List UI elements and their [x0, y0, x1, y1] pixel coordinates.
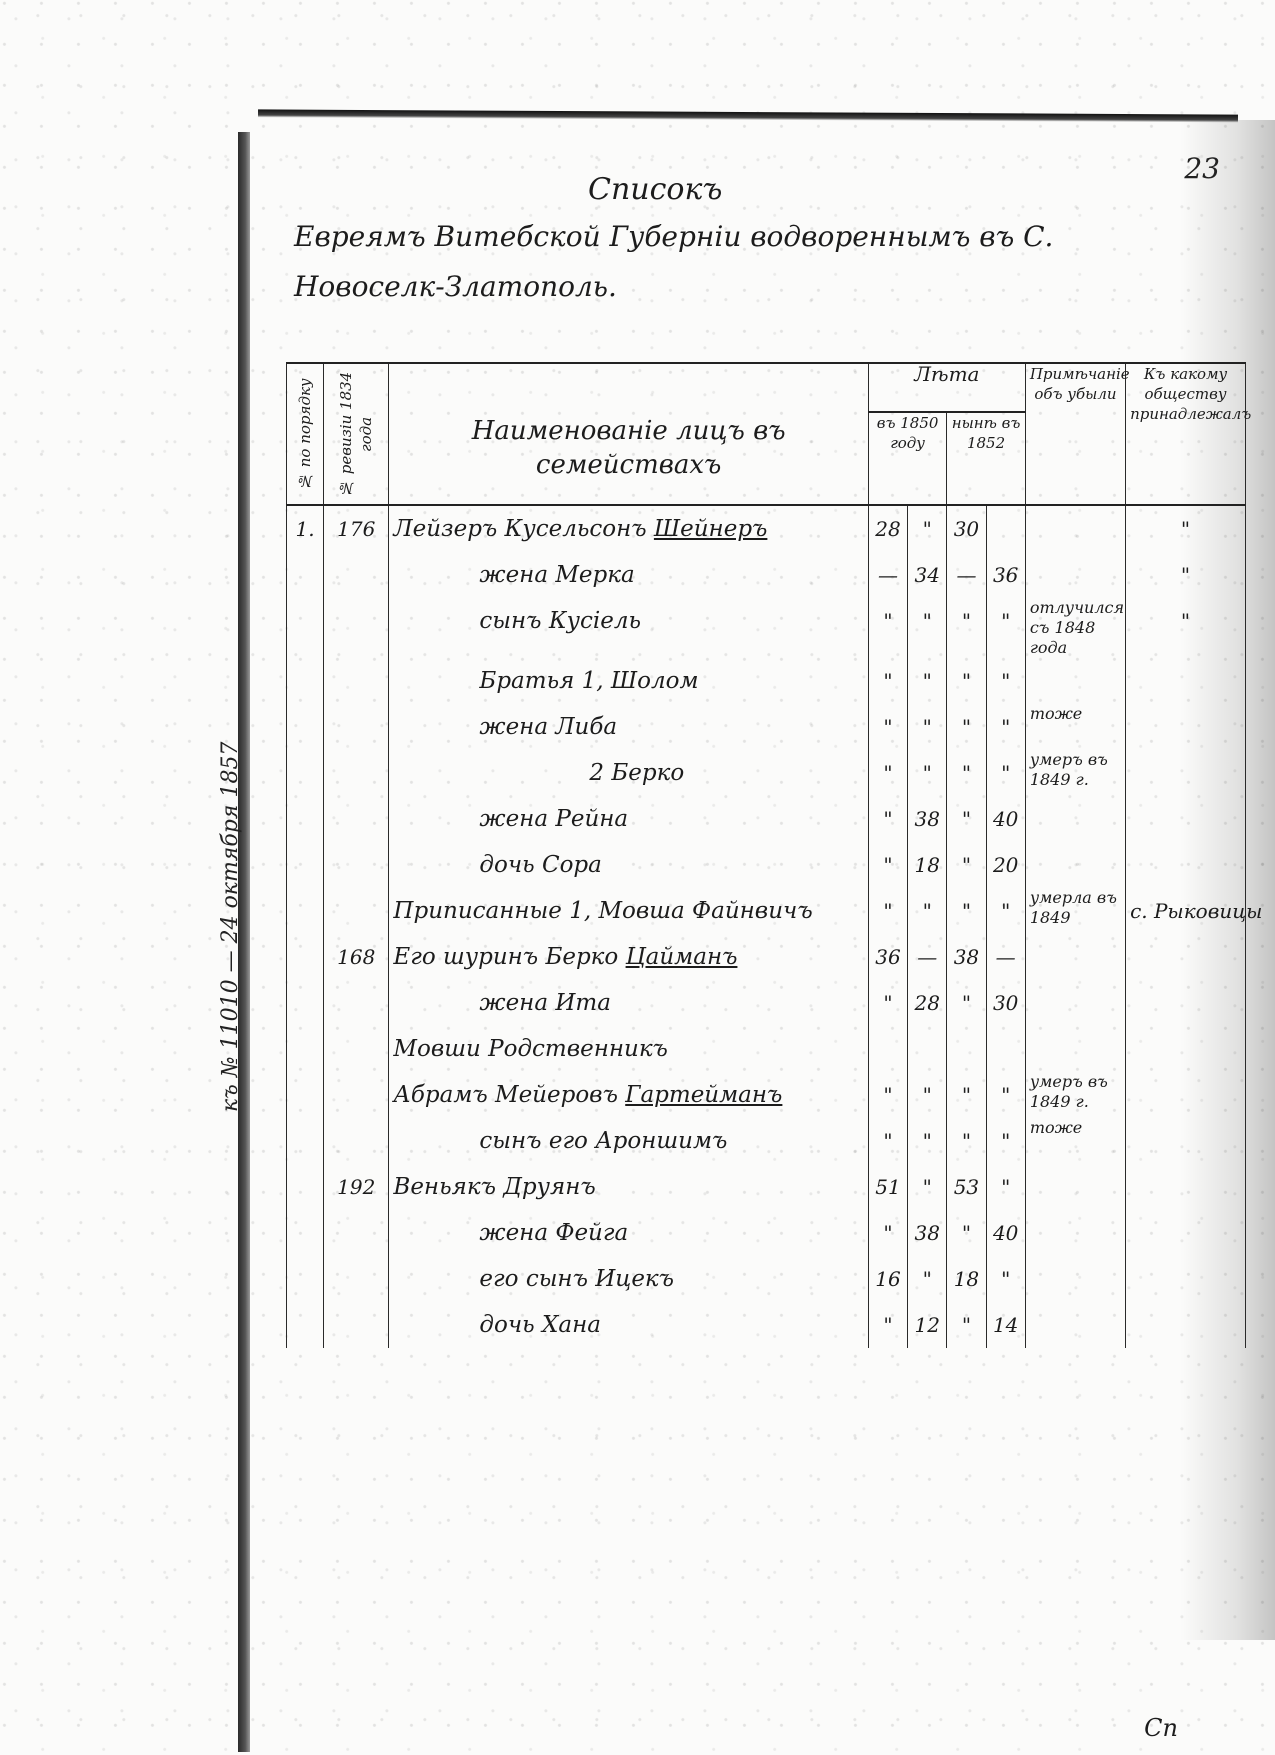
row-number — [287, 796, 324, 842]
row-number — [287, 842, 324, 888]
row-age-1852-f: 40 — [986, 1210, 1025, 1256]
row-extra — [1126, 842, 1246, 888]
table-row: жена Ита"28"30 — [287, 980, 1246, 1026]
header-extra: Къ какому обществу принадлежалъ — [1126, 363, 1246, 505]
row-remark — [1025, 1210, 1125, 1256]
row-remark — [1025, 1164, 1125, 1210]
table-row: жена Фейга"38"40 — [287, 1210, 1246, 1256]
row-age-1850-f: " — [908, 1118, 947, 1164]
row-remark: умеръ въ 1849 г. — [1025, 750, 1125, 796]
row-age-1850-m: " — [868, 796, 907, 842]
row-name: Абрамъ Мейеровъ Гартейманъ — [389, 1072, 868, 1118]
row-age-1852-m: " — [947, 598, 986, 658]
row-name: сынъ его Ароншимъ — [389, 1118, 868, 1164]
row-age-1852-f: 36 — [986, 552, 1025, 598]
row-age-1850-f: — — [908, 934, 947, 980]
row-revision: 176 — [324, 505, 389, 552]
row-name: Лейзеръ Кусельсонъ Шейнеръ — [389, 505, 868, 552]
row-revision: 168 — [324, 934, 389, 980]
surname: Гартейманъ — [625, 1082, 782, 1108]
row-age-1852-m: " — [947, 980, 986, 1026]
row-extra — [1126, 1302, 1246, 1348]
row-remark — [1025, 934, 1125, 980]
header-age-1850: въ 1850 году — [868, 412, 946, 505]
row-age-1850-f: " — [908, 704, 947, 750]
row-number — [287, 658, 324, 704]
table-row: жена Рейна"38"40 — [287, 796, 1246, 842]
row-age-1852-f: 20 — [986, 842, 1025, 888]
row-revision — [324, 888, 389, 934]
row-name: его сынъ Ицекъ — [389, 1256, 868, 1302]
row-age-1850-f: 28 — [908, 980, 947, 1026]
row-name: Приписанные 1, Мовша Файнвичъ — [389, 888, 868, 934]
row-age-1850-m: " — [868, 1118, 907, 1164]
row-extra — [1126, 1026, 1246, 1072]
row-revision — [324, 1210, 389, 1256]
row-revision — [324, 658, 389, 704]
row-age-1852-m: " — [947, 1072, 986, 1118]
row-age-1850-f: " — [908, 1164, 947, 1210]
row-remark — [1025, 505, 1125, 552]
register-table: № по порядку № ревизіи 1834 года Наимено… — [286, 362, 1246, 1348]
row-revision — [324, 1302, 389, 1348]
row-extra — [1126, 1072, 1246, 1118]
row-age-1852-f: " — [986, 598, 1025, 658]
margin-note: къ № 11010 — 24 октября 1857 — [218, 632, 243, 1112]
row-age-1850-m — [868, 1026, 907, 1072]
row-age-1850-m: " — [868, 980, 907, 1026]
row-age-1852-f: " — [986, 1164, 1025, 1210]
table-row: дочь Сора"18"20 — [287, 842, 1246, 888]
row-remark — [1025, 796, 1125, 842]
row-age-1852-f: " — [986, 1072, 1025, 1118]
row-name: 2 Берко — [389, 750, 868, 796]
row-number — [287, 1164, 324, 1210]
row-name: Мовши Родственникъ — [389, 1026, 868, 1072]
row-extra: с. Рыковицы — [1126, 888, 1246, 934]
row-age-1850-m: " — [868, 1302, 907, 1348]
row-age-1852-f: 40 — [986, 796, 1025, 842]
row-remark: тоже — [1025, 1118, 1125, 1164]
row-name: жена Рейна — [389, 796, 868, 842]
row-age-1852-f: " — [986, 658, 1025, 704]
row-age-1850-m: " — [868, 598, 907, 658]
table-row: 2 Берко""""умеръ въ 1849 г. — [287, 750, 1246, 796]
page-number: 23 — [1184, 152, 1220, 185]
row-age-1850-m: 16 — [868, 1256, 907, 1302]
table-row: 192Веньякъ Друянъ51"53" — [287, 1164, 1246, 1210]
table-row: сынъ Кусіель""""отлучился съ 1848 года" — [287, 598, 1246, 658]
row-number — [287, 1256, 324, 1302]
row-age-1852-f: " — [986, 1118, 1025, 1164]
row-extra — [1126, 934, 1246, 980]
row-extra — [1126, 750, 1246, 796]
row-age-1850-m: 28 — [868, 505, 907, 552]
row-age-1852-m: " — [947, 704, 986, 750]
row-name: Братья 1, Шолом — [389, 658, 868, 704]
row-age-1852-m: " — [947, 1118, 986, 1164]
row-age-1850-f: " — [908, 1072, 947, 1118]
row-age-1850-m: " — [868, 888, 907, 934]
row-age-1850-m: 36 — [868, 934, 907, 980]
row-revision — [324, 1256, 389, 1302]
row-remark: умерла въ 1849 — [1025, 888, 1125, 934]
row-age-1850-f: 18 — [908, 842, 947, 888]
row-revision — [324, 1026, 389, 1072]
footer-fragment: Сп — [1144, 1714, 1178, 1742]
table-row: сынъ его Ароншимъ""""тоже — [287, 1118, 1246, 1164]
row-age-1852-f: 14 — [986, 1302, 1025, 1348]
row-age-1852-f — [986, 505, 1025, 552]
header-ages: Лѣта — [868, 363, 1025, 412]
row-age-1852-f: " — [986, 704, 1025, 750]
row-age-1850-m: " — [868, 704, 907, 750]
row-name: жена Фейга — [389, 1210, 868, 1256]
table-row: Приписанные 1, Мовша Файнвичъ""""умерла … — [287, 888, 1246, 934]
row-remark — [1025, 1256, 1125, 1302]
row-age-1852-f: 30 — [986, 980, 1025, 1026]
document-title: Списокъ — [588, 172, 722, 207]
document-page: 23 къ № 11010 — 24 октября 1857 Списокъ … — [238, 112, 1238, 1752]
row-name: сынъ Кусіель — [389, 598, 868, 658]
header-number: № по порядку — [287, 363, 324, 505]
row-number — [287, 1210, 324, 1256]
row-age-1850-f: " — [908, 1256, 947, 1302]
row-age-1852-m: — — [947, 552, 986, 598]
row-age-1852-f: " — [986, 888, 1025, 934]
row-age-1850-f: " — [908, 598, 947, 658]
row-revision — [324, 552, 389, 598]
row-remark: умеръ въ 1849 г. — [1025, 1072, 1125, 1118]
row-age-1852-m: " — [947, 888, 986, 934]
page-top-edge — [258, 109, 1238, 122]
row-age-1852-m: " — [947, 658, 986, 704]
row-extra — [1126, 980, 1246, 1026]
row-age-1852-m: " — [947, 1210, 986, 1256]
row-name: дочь Хана — [389, 1302, 868, 1348]
row-name: Веньякъ Друянъ — [389, 1164, 868, 1210]
row-age-1852-m: 38 — [947, 934, 986, 980]
row-number — [287, 980, 324, 1026]
row-name: жена Мерка — [389, 552, 868, 598]
row-age-1850-m: " — [868, 842, 907, 888]
row-revision — [324, 796, 389, 842]
row-remark: отлучился съ 1848 года — [1025, 598, 1125, 658]
row-number — [287, 888, 324, 934]
row-name: жена Ита — [389, 980, 868, 1026]
row-revision — [324, 750, 389, 796]
row-remark — [1025, 842, 1125, 888]
row-age-1852-m: 18 — [947, 1256, 986, 1302]
row-name: Его шуринъ Берко Цайманъ — [389, 934, 868, 980]
table-row: 168Его шуринъ Берко Цайманъ36—38— — [287, 934, 1246, 980]
row-extra — [1126, 658, 1246, 704]
table-row: жена Либа""""тоже — [287, 704, 1246, 750]
row-number — [287, 1072, 324, 1118]
row-age-1852-m — [947, 1026, 986, 1072]
row-revision — [324, 1072, 389, 1118]
row-remark — [1025, 1026, 1125, 1072]
row-age-1850-f: " — [908, 658, 947, 704]
row-remark — [1025, 1302, 1125, 1348]
header-names: Наименованіе лицъ въ семействахъ — [389, 363, 868, 505]
row-number — [287, 598, 324, 658]
row-revision — [324, 704, 389, 750]
table-row: дочь Хана"12"14 — [287, 1302, 1246, 1348]
row-age-1850-f: " — [908, 750, 947, 796]
row-name: дочь Сора — [389, 842, 868, 888]
row-age-1850-f: 34 — [908, 552, 947, 598]
row-number — [287, 704, 324, 750]
row-remark — [1025, 980, 1125, 1026]
row-age-1850-m: " — [868, 1072, 907, 1118]
row-extra — [1126, 704, 1246, 750]
row-extra — [1126, 1256, 1246, 1302]
row-age-1852-m: " — [947, 1302, 986, 1348]
table-row: Мовши Родственникъ — [287, 1026, 1246, 1072]
row-number — [287, 552, 324, 598]
row-number: 1. — [287, 505, 324, 552]
row-number — [287, 1118, 324, 1164]
row-age-1852-m: 30 — [947, 505, 986, 552]
row-name: жена Либа — [389, 704, 868, 750]
table-row: 1.176Лейзеръ Кусельсонъ Шейнеръ28"30" — [287, 505, 1246, 552]
row-extra: " — [1126, 552, 1246, 598]
row-age-1852-m: " — [947, 796, 986, 842]
row-remark — [1025, 552, 1125, 598]
row-extra: " — [1126, 505, 1246, 552]
row-age-1850-f: " — [908, 505, 947, 552]
row-revision: 192 — [324, 1164, 389, 1210]
row-age-1850-m: " — [868, 1210, 907, 1256]
row-age-1852-f: " — [986, 750, 1025, 796]
row-age-1850-f: 38 — [908, 796, 947, 842]
row-number — [287, 750, 324, 796]
row-age-1850-m: " — [868, 658, 907, 704]
row-number — [287, 934, 324, 980]
row-revision — [324, 980, 389, 1026]
row-number — [287, 1302, 324, 1348]
row-age-1852-f: " — [986, 1256, 1025, 1302]
row-age-1850-f: 12 — [908, 1302, 947, 1348]
row-age-1852-f — [986, 1026, 1025, 1072]
row-remark: тоже — [1025, 704, 1125, 750]
table-row: его сынъ Ицекъ16"18" — [287, 1256, 1246, 1302]
row-age-1852-f: — — [986, 934, 1025, 980]
surname: Шейнеръ — [654, 516, 767, 542]
header-age-1852: нынѣ въ 1852 — [947, 412, 1025, 505]
row-age-1850-m: 51 — [868, 1164, 907, 1210]
row-age-1850-m: " — [868, 750, 907, 796]
row-extra — [1126, 796, 1246, 842]
row-revision — [324, 598, 389, 658]
row-age-1852-m: " — [947, 842, 986, 888]
row-age-1852-m: " — [947, 750, 986, 796]
row-age-1850-f: " — [908, 888, 947, 934]
row-extra — [1126, 1164, 1246, 1210]
header-revision: № ревизіи 1834 года — [324, 363, 389, 505]
row-age-1850-m: — — [868, 552, 907, 598]
table-row: Абрамъ Мейеровъ Гартейманъ""""умеръ въ 1… — [287, 1072, 1246, 1118]
surname: Цайманъ — [626, 944, 738, 970]
row-revision — [324, 842, 389, 888]
row-extra — [1126, 1118, 1246, 1164]
table-row: жена Мерка—34—36" — [287, 552, 1246, 598]
row-revision — [324, 1118, 389, 1164]
row-extra — [1126, 1210, 1246, 1256]
row-age-1850-f: 38 — [908, 1210, 947, 1256]
header-remarks: Примѣчаніе объ убыли — [1025, 363, 1125, 505]
document-subtitle: Евреямъ Витебской Губерніи водвореннымъ … — [294, 212, 1154, 312]
row-remark — [1025, 658, 1125, 704]
row-number — [287, 1026, 324, 1072]
row-age-1852-m: 53 — [947, 1164, 986, 1210]
row-age-1850-f — [908, 1026, 947, 1072]
row-extra: " — [1126, 598, 1246, 658]
table-row: Братья 1, Шолом"""" — [287, 658, 1246, 704]
